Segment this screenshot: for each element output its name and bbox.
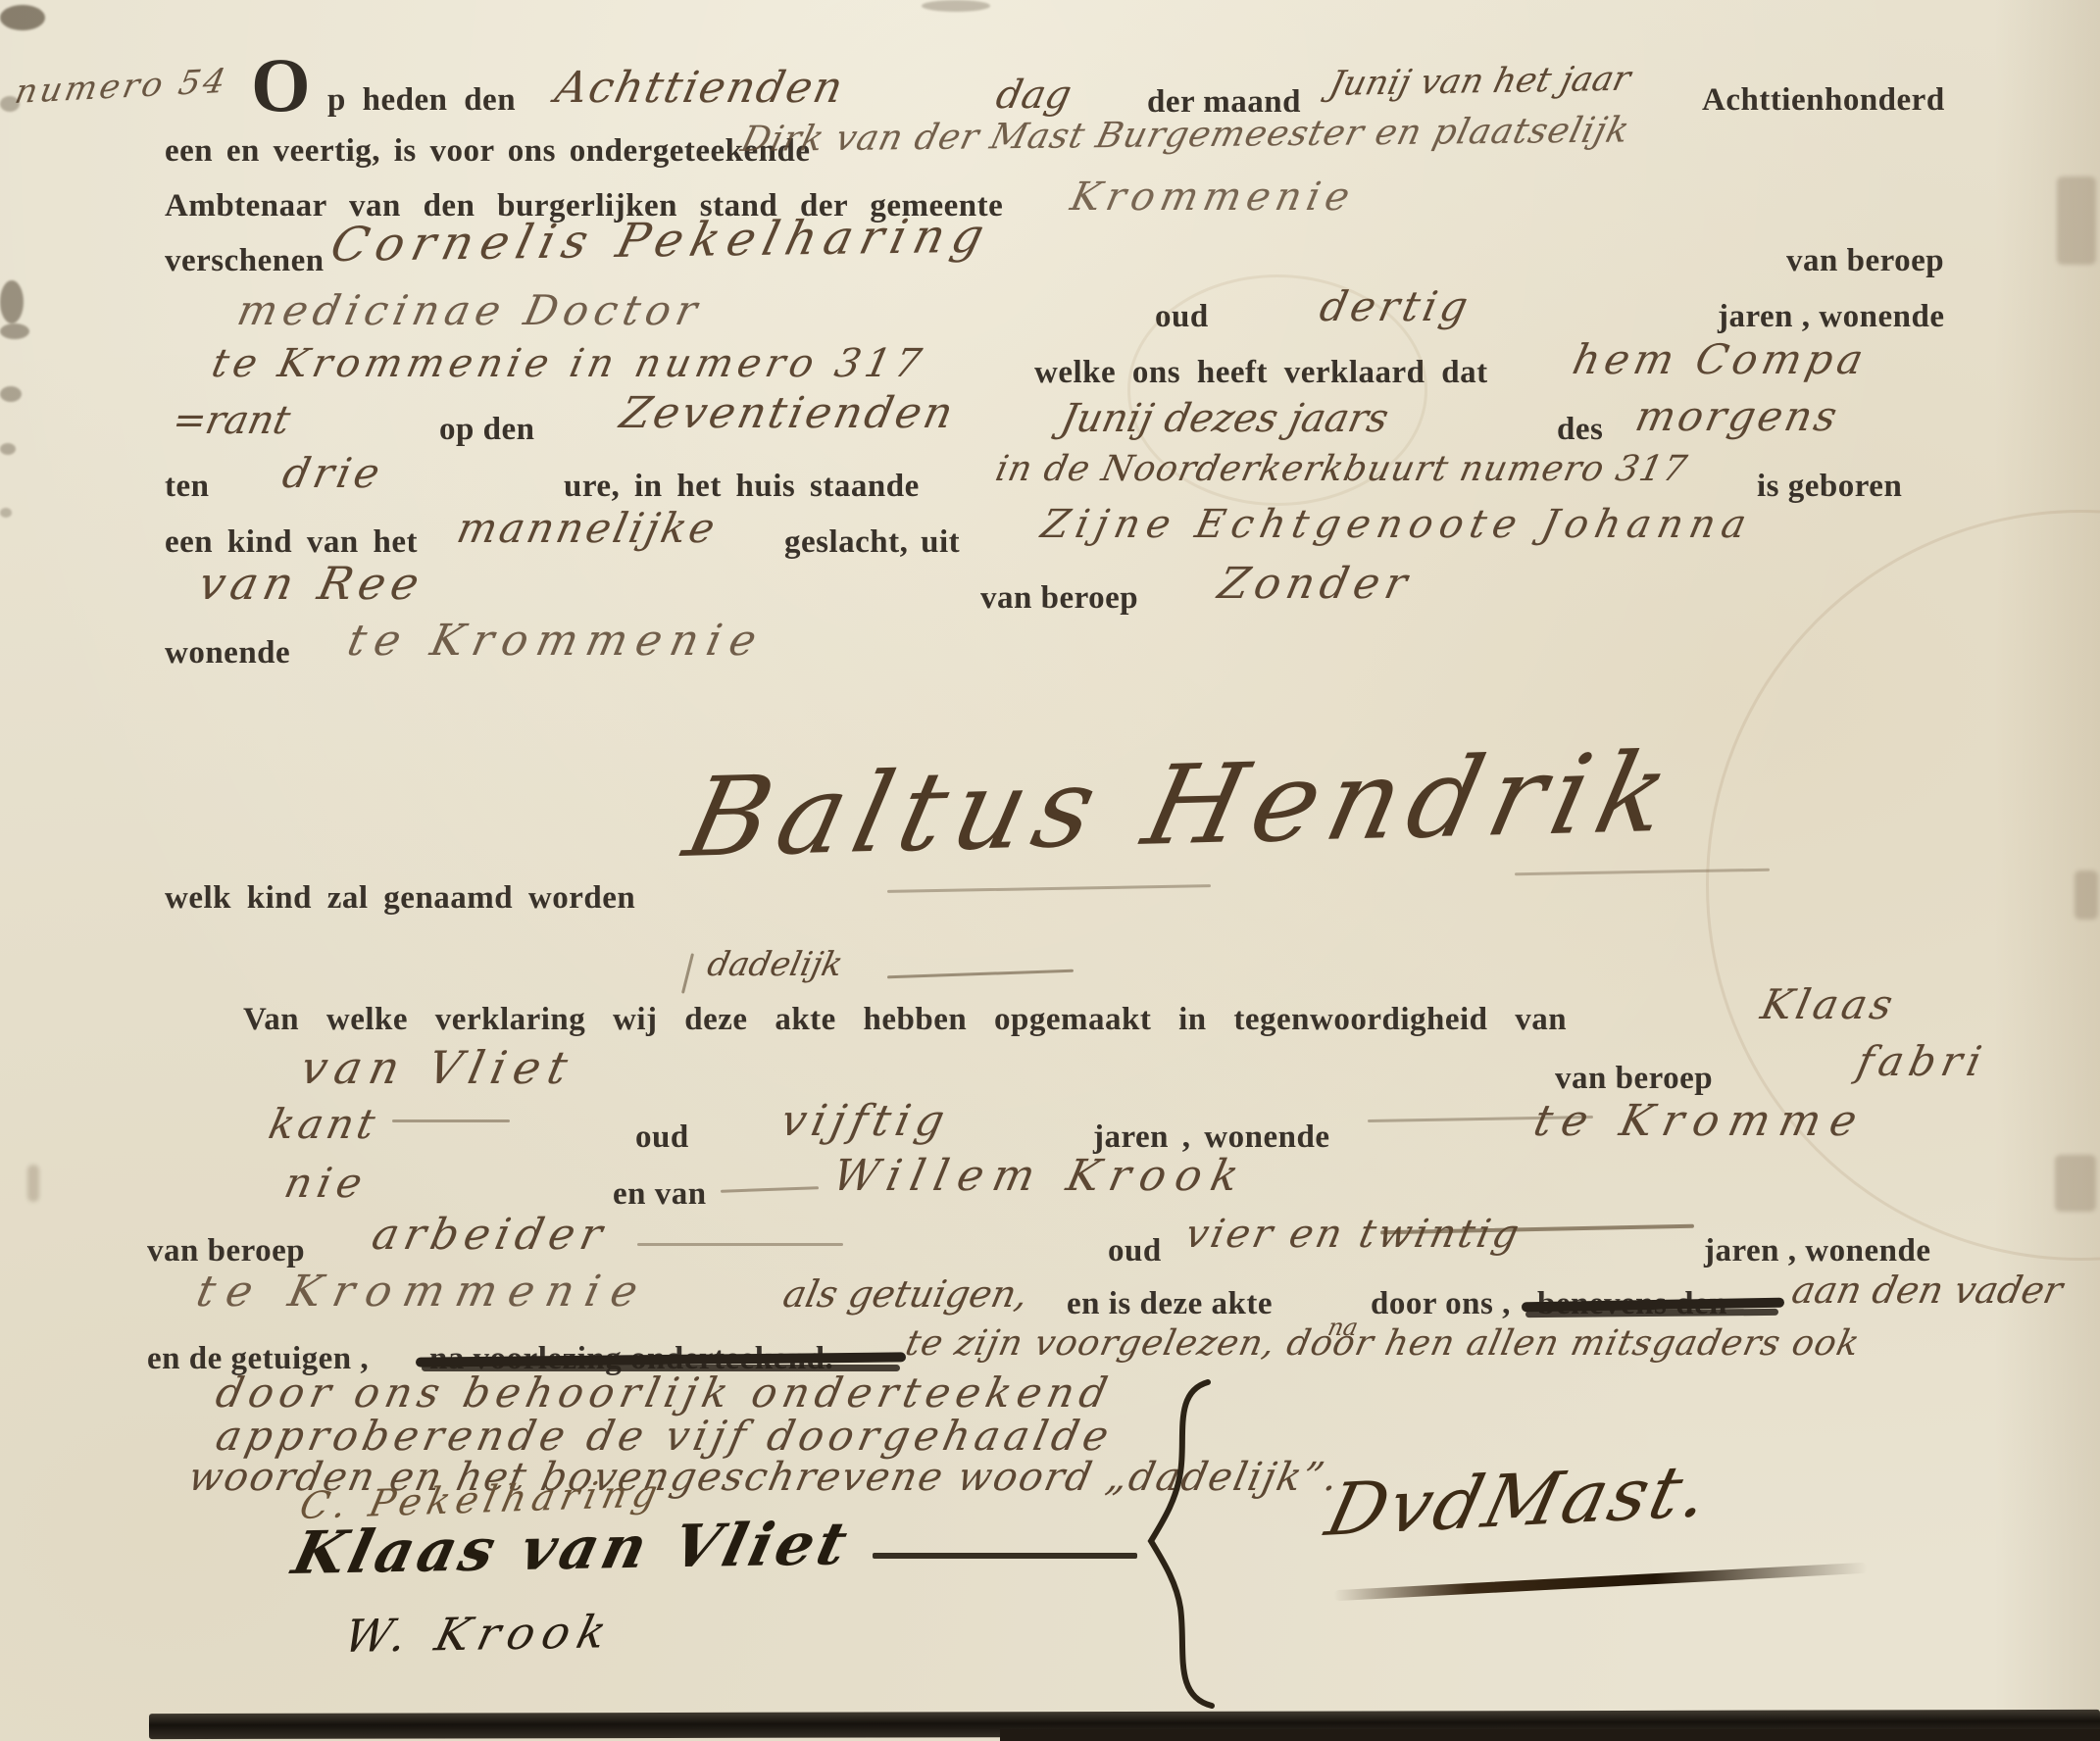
strike-blot [1525, 1309, 1778, 1318]
ink-bleed-mark [27, 1165, 39, 1202]
ink-stroke [873, 1553, 1137, 1559]
ink-bleed-mark [2055, 1155, 2096, 1212]
ink-bleed-mark [0, 508, 12, 518]
printed-declaration-line: Van welke verklaring wij deze akte hebbe… [243, 1002, 1567, 1038]
entry-child-name: Baltus Hendrik [675, 729, 1689, 882]
ink-stroke [392, 1119, 510, 1122]
ink-stroke [721, 1186, 819, 1192]
entry-gemeente: Krommenie [1067, 174, 1360, 220]
entry-day-name: Achttienden [551, 63, 849, 113]
ink-bleed-mark [0, 280, 24, 323]
entry-closing-hand-line2: door ons behoorlijk onderteekend [212, 1368, 1118, 1417]
printed-year-rest: een en veertig, is voor ons ondergeteeke… [165, 133, 811, 170]
printed-door-ons: door ons , [1371, 1286, 1511, 1322]
entry-declarant-occupation: medicinae Doctor [233, 286, 707, 334]
scan-edge-bar-shadow [1000, 1729, 2100, 1741]
entry-declarant-name: Cornelis Pekelharing [325, 209, 997, 273]
entry-hem-compa: hem Compa [1569, 335, 1873, 383]
printed-jaren-wonende-1: jaren , wonende [1718, 299, 1944, 335]
printed-geslacht-uit: geslacht, uit [784, 524, 960, 561]
birth-certificate-scan: numero 54 O p heden den Achttienden dag … [0, 0, 2100, 1741]
entry-mother-occupation: Zonder [1214, 559, 1417, 609]
printed-en-van: en van [613, 1176, 707, 1213]
entry-witness1-residence-b: nie [280, 1159, 373, 1207]
entry-mother-intro: Zijne Echtgenoote Johanna [1037, 502, 1757, 547]
signature-brace [1143, 1378, 1231, 1712]
entry-witness2-occupation: arbeider [368, 1210, 613, 1260]
entry-rant-continuation: =rant [169, 398, 294, 443]
printed-van-beroep-4: van beroep [147, 1233, 305, 1269]
ink-bleed-mark [0, 5, 45, 30]
printed-verschenen: verschenen [165, 243, 325, 279]
ink-bleed-mark [922, 0, 990, 12]
entry-als-getuigen: als getuigen, [779, 1272, 1032, 1316]
entry-witness1-surname: van Vliet [296, 1041, 579, 1094]
entry-witness1-occupation-b: kant [265, 1100, 383, 1148]
ink-stroke [887, 884, 1211, 893]
entry-witness1-age: vijftig [776, 1096, 955, 1146]
entry-inserted-dadelijk: dadelijk [704, 945, 846, 984]
signature-flourish [1333, 1563, 1868, 1602]
printed-van-beroep-3: van beroep [1555, 1061, 1713, 1097]
printed-ten: ten [165, 469, 210, 505]
signature-witness1: Klaas van Vliet [286, 1510, 857, 1588]
entry-daypart: morgens [1631, 392, 1844, 440]
printed-van-beroep-2: van beroep [980, 580, 1138, 617]
entry-month-year: Junij van het jaar [1325, 60, 1634, 104]
printed-achttienhonderd: Achttienhonderd [1702, 82, 1945, 119]
printed-en-is-deze-akte: en is deze akte [1067, 1286, 1273, 1322]
ink-bleed-mark [2075, 870, 2098, 920]
printed-kind-intro: een kind van het [165, 524, 418, 561]
ink-bleed-mark [0, 386, 22, 402]
printed-van-beroep-1: van beroep [1786, 243, 1944, 279]
printed-des: des [1557, 412, 1603, 448]
margin-act-number: numero 54 [12, 62, 231, 112]
ink-bleed-mark [2057, 176, 2096, 265]
printed-naming-line: welk kind zal genaamd worden [165, 880, 635, 917]
ink-bleed-mark [0, 96, 20, 112]
printed-oud-2: oud [635, 1119, 689, 1156]
entry-mother-residence: te Krommenie [343, 616, 770, 666]
entry-mother-surname: van Ree [194, 557, 429, 610]
ink-stroke [637, 1243, 843, 1246]
entry-registrar-name: Dirk van der Mast Burgemeester en plaats… [737, 111, 1634, 160]
ink-bleed-mark [0, 323, 29, 339]
entry-closing-hand-line3: approberende de vijf doorgehaalde [212, 1412, 1118, 1460]
ink-stroke [887, 970, 1074, 979]
printed-op-den: op den [439, 412, 534, 448]
signature-registrar: DvdMast. [1319, 1449, 1720, 1553]
entry-closing-hand-line1: te zijn voorgelezen, door hen allen mits… [902, 1323, 1864, 1364]
caret-mark [681, 953, 694, 993]
entry-declarant-residence: te Krommenie in numero 317 [208, 341, 929, 386]
entry-birth-hour: drie [278, 449, 388, 497]
signature-witness2: W. Krook [339, 1605, 620, 1663]
printed-jaren-wonende-3: jaren , wonende [1704, 1233, 1930, 1269]
entry-witness2-age: vier en twintig [1181, 1212, 1525, 1257]
opening-initial-letter: O [251, 47, 311, 124]
ink-bleed-mark [0, 443, 16, 455]
entry-birth-day: Zeventienden [616, 388, 960, 438]
printed-is-geboren: is geboren [1757, 469, 1902, 505]
entry-gender: mannelijke [453, 504, 722, 552]
printed-oud-3: oud [1108, 1233, 1162, 1269]
entry-witness2-name: Willem Krook [828, 1151, 1253, 1201]
faint-stamp-ring [1127, 274, 1427, 506]
faint-stamp-ring [1706, 510, 2100, 1261]
printed-wonende: wonende [165, 635, 290, 672]
entry-closing-residence: te Krommenie [192, 1267, 654, 1317]
entry-aan-den-vader: aan den vader [1788, 1268, 2067, 1312]
printed-ure-line: ure, in het huis staande [564, 469, 920, 505]
printed-op-heden-den: p heden den [327, 82, 516, 119]
entry-dag-word: dag [992, 73, 1075, 118]
